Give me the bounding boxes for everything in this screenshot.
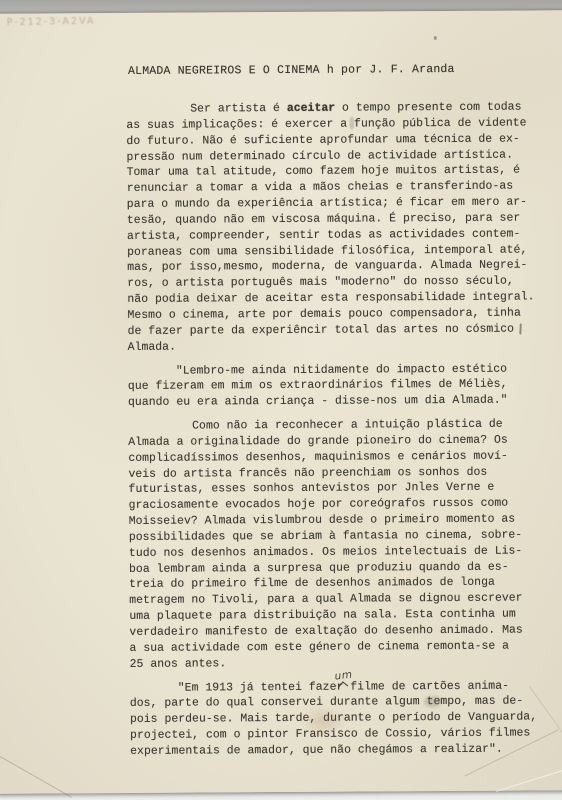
quoted-paragraph: "Em 1913 já tentei fazer filme de cartõe…	[130, 678, 540, 760]
document-title: ALMADA NEGREIROS E O CINEMA h por J. F. …	[128, 63, 455, 78]
paper-speck	[434, 36, 437, 40]
quoted-paragraph: "Lembro-me ainda nitidamente do impacto …	[128, 361, 538, 411]
typed-line: do futuro. Não é suficiente aprofundar u…	[126, 131, 536, 149]
paper-crease	[496, 770, 562, 792]
typed-line: a sua actividade com este género de cine…	[129, 638, 539, 656]
typed-line: quando eu era ainda criança - disse-nos …	[128, 393, 538, 411]
paragraph: Ser artista é aceitar o tempo presente c…	[126, 99, 538, 355]
document-page: P-212-3-A2VA ALMADA NEGREIROS E O CINEMA…	[0, 10, 562, 793]
scan-background: P-212-3-A2VA ALMADA NEGREIROS E O CINEMA…	[0, 0, 562, 800]
handwritten-insertion: um	[334, 669, 353, 683]
document-body: Ser artista é aceitar o tempo presente c…	[126, 99, 540, 767]
typed-line: Almada.	[128, 337, 538, 355]
paper-crease	[0, 754, 72, 797]
typed-line: de fazer parte da experiêncir total das …	[128, 321, 538, 339]
typed-line: experimentais de amador, que não chegámo…	[130, 741, 540, 759]
typed-line: artista, compreender, sentir todas as ac…	[127, 226, 537, 244]
insertion-word: um	[334, 669, 353, 683]
paragraph: Como não ia reconhecer a intuição plásti…	[128, 416, 540, 672]
pencil-corner-mark: P-212-3-A2VA	[7, 16, 96, 28]
typed-line: complicadíssimos desenhos, maquinismos e…	[128, 448, 538, 466]
